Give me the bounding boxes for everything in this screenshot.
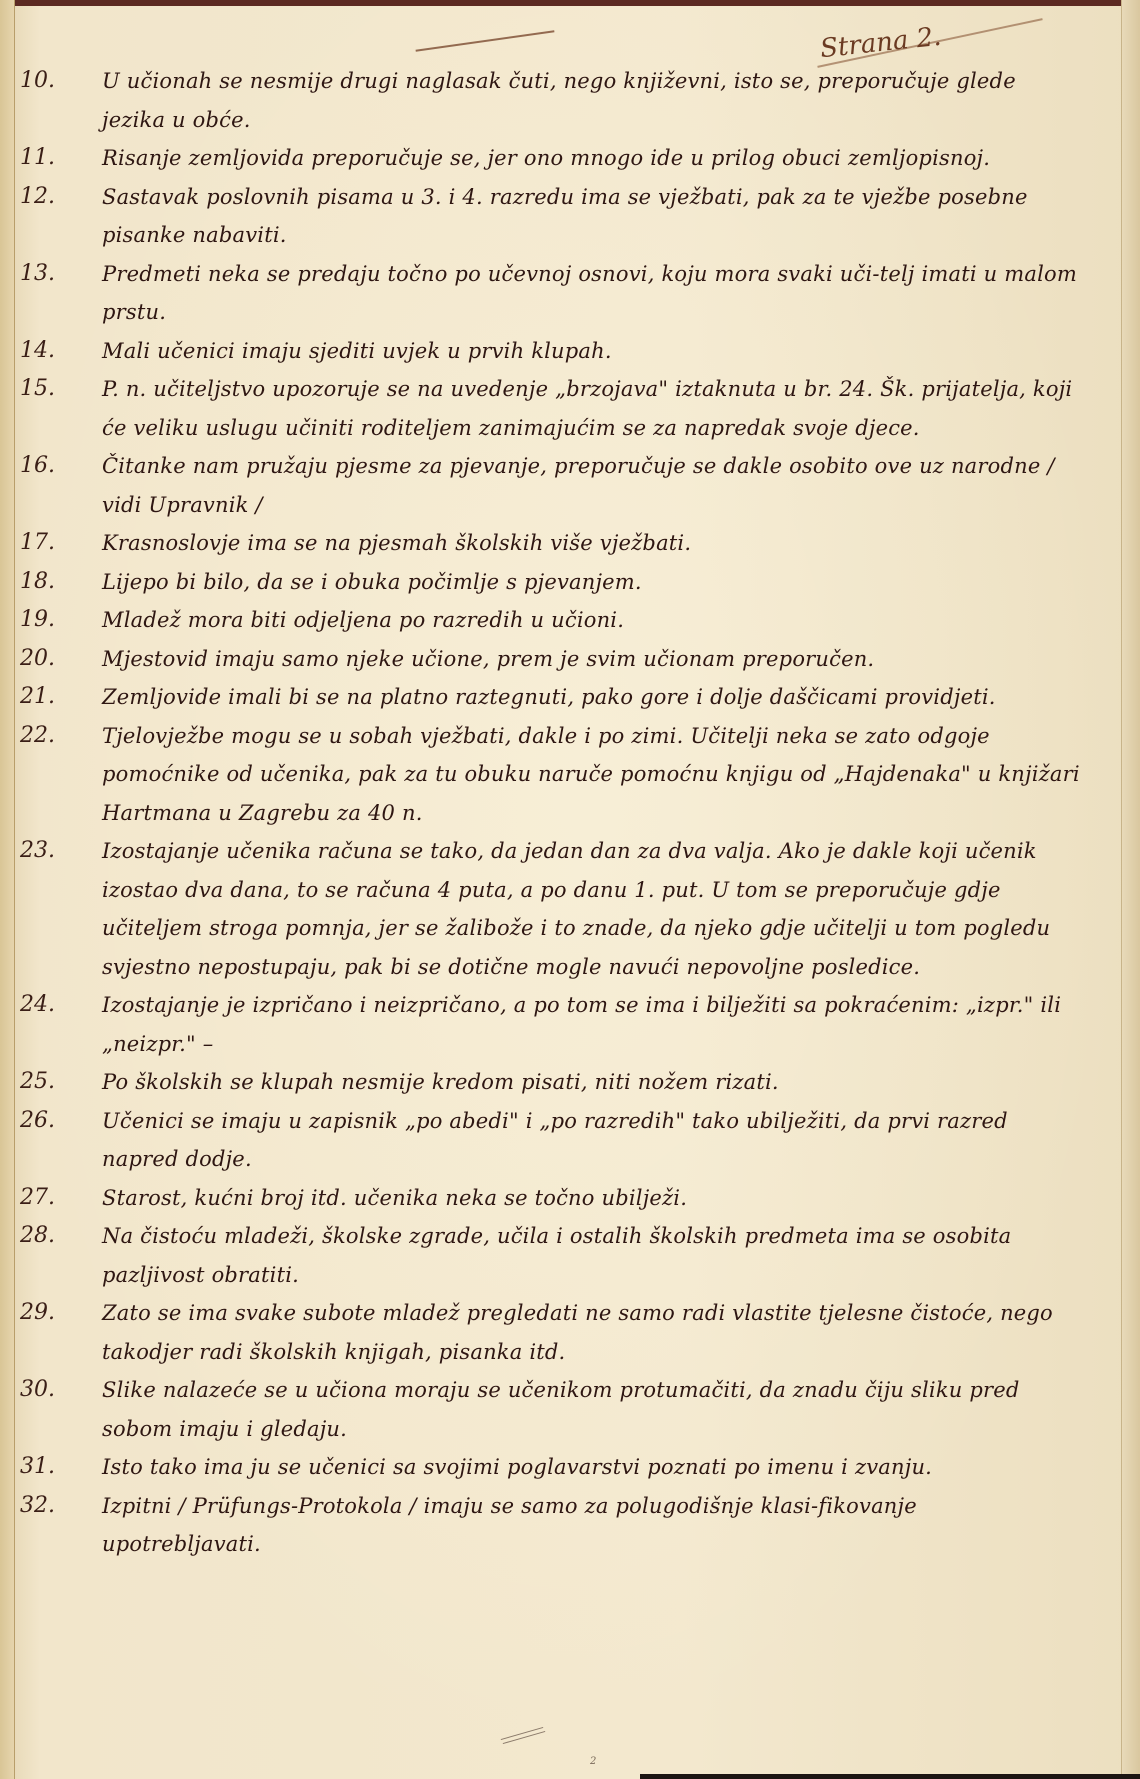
list-item: 27.Starost, kućni broj itd. učenika neka… bbox=[20, 1179, 1080, 1218]
item-number: 25. bbox=[20, 1063, 102, 1101]
list-item: 12.Sastavak poslovnih pisama u 3. i 4. r… bbox=[20, 178, 1080, 255]
book-binding-strip bbox=[0, 0, 15, 1779]
item-text: Zato se ima svake subote mladež pregleda… bbox=[102, 1294, 1080, 1371]
list-item: 18.Lijepo bi bilo, da se i obuka počimlj… bbox=[20, 563, 1080, 602]
item-text: Starost, kućni broj itd. učenika neka se… bbox=[102, 1179, 1080, 1218]
item-number: 23. bbox=[20, 832, 102, 870]
item-number: 10. bbox=[20, 62, 102, 100]
item-text: Isto tako ima ju se učenici sa svojimi p… bbox=[102, 1448, 1080, 1487]
list-item: 10.U učionah se nesmije drugi naglasak č… bbox=[20, 62, 1080, 139]
item-number: 31. bbox=[20, 1448, 102, 1486]
list-item: 13.Predmeti neka se predaju točno po uče… bbox=[20, 255, 1080, 332]
list-item: 19.Mladež mora biti odjeljena po razredi… bbox=[20, 601, 1080, 640]
item-number: 11. bbox=[20, 139, 102, 177]
item-text: Lijepo bi bilo, da se i obuka počimlje s… bbox=[102, 563, 1080, 602]
page-right-edge bbox=[1121, 0, 1140, 1779]
item-number: 19. bbox=[20, 601, 102, 639]
item-text: Sastavak poslovnih pisama u 3. i 4. razr… bbox=[102, 178, 1080, 255]
item-text: Čitanke nam pružaju pjesme za pjevanje, … bbox=[102, 447, 1080, 524]
item-number: 26. bbox=[20, 1102, 102, 1140]
list-item: 21.Zemljovide imali bi se na platno razt… bbox=[20, 678, 1080, 717]
list-item: 30.Slike nalazeće se u učiona moraju se … bbox=[20, 1371, 1080, 1448]
book-top-edge bbox=[0, 0, 1140, 6]
item-text: Krasnoslovje ima se na pjesmah školskih … bbox=[102, 524, 1080, 563]
list-item: 14.Mali učenici imaju sjediti uvjek u pr… bbox=[20, 332, 1080, 371]
list-item: 31.Isto tako ima ju se učenici sa svojim… bbox=[20, 1448, 1080, 1487]
item-number: 13. bbox=[20, 255, 102, 293]
item-text: Predmeti neka se predaju točno po učevno… bbox=[102, 255, 1080, 332]
list-item: 28.Na čistoću mladeži, školske zgrade, u… bbox=[20, 1217, 1080, 1294]
item-text: Mjestovid imaju samo njeke učione, prem … bbox=[102, 640, 1080, 679]
item-number: 18. bbox=[20, 563, 102, 601]
item-text: U učionah se nesmije drugi naglasak čuti… bbox=[102, 62, 1080, 139]
item-text: Po školskih se klupah nesmije kredom pis… bbox=[102, 1063, 1080, 1102]
item-text: Izpitni / Prüfungs-Protokola / imaju se … bbox=[102, 1487, 1080, 1564]
item-text: Slike nalazeće se u učiona moraju se uče… bbox=[102, 1371, 1080, 1448]
item-number: 29. bbox=[20, 1294, 102, 1332]
item-number: 21. bbox=[20, 678, 102, 716]
item-number: 32. bbox=[20, 1487, 102, 1525]
item-number: 20. bbox=[20, 640, 102, 678]
item-number: 27. bbox=[20, 1179, 102, 1217]
manuscript-page: Strana 2. 10.U učionah se nesmije drugi … bbox=[0, 0, 1140, 1779]
item-number: 15. bbox=[20, 370, 102, 408]
item-text: Tjelovježbe mogu se u sobah vježbati, da… bbox=[102, 717, 1080, 833]
book-bottom-edge bbox=[640, 1774, 1140, 1779]
item-text: Učenici se imaju u zapisnik „po abedi" i… bbox=[102, 1102, 1080, 1179]
list-item: 32.Izpitni / Prüfungs-Protokola / imaju … bbox=[20, 1487, 1080, 1564]
list-item: 15.P. n. učiteljstvo upozoruje se na uve… bbox=[20, 370, 1080, 447]
item-text: Mladež mora biti odjeljena po razredih u… bbox=[102, 601, 1080, 640]
list-item: 23.Izostajanje učenika računa se tako, d… bbox=[20, 832, 1080, 986]
item-number: 28. bbox=[20, 1217, 102, 1255]
item-number: 17. bbox=[20, 524, 102, 562]
pen-flourish bbox=[416, 30, 555, 51]
item-number: 22. bbox=[20, 717, 102, 755]
list-item: 26.Učenici se imaju u zapisnik „po abedi… bbox=[20, 1102, 1080, 1179]
item-number: 16. bbox=[20, 447, 102, 485]
item-text: Izostajanje učenika računa se tako, da j… bbox=[102, 832, 1080, 986]
list-item: 29.Zato se ima svake subote mladež pregl… bbox=[20, 1294, 1080, 1371]
list-item: 24.Izostajanje je izpričano i neizpričan… bbox=[20, 986, 1080, 1063]
item-text: Zemljovide imali bi se na platno raztegn… bbox=[102, 678, 1080, 717]
list-item: 20.Mjestovid imaju samo njeke učione, pr… bbox=[20, 640, 1080, 679]
item-number: 14. bbox=[20, 332, 102, 370]
page-number: 2 bbox=[590, 1756, 596, 1767]
list-item: 17.Krasnoslovje ima se na pjesmah školsk… bbox=[20, 524, 1080, 563]
list-item: 22.Tjelovježbe mogu se u sobah vježbati,… bbox=[20, 717, 1080, 833]
page-header: Strana 2. bbox=[819, 22, 943, 65]
item-number: 24. bbox=[20, 986, 102, 1024]
item-text: Izostajanje je izpričano i neizpričano, … bbox=[102, 986, 1080, 1063]
list-item: 25.Po školskih se klupah nesmije kredom … bbox=[20, 1063, 1080, 1102]
list-item: 16.Čitanke nam pružaju pjesme za pjevanj… bbox=[20, 447, 1080, 524]
item-text: P. n. učiteljstvo upozoruje se na uveden… bbox=[102, 370, 1080, 447]
item-number: 12. bbox=[20, 178, 102, 216]
item-text: Risanje zemljovida preporučuje se, jer o… bbox=[102, 139, 1080, 178]
item-number: 30. bbox=[20, 1371, 102, 1409]
item-text: Mali učenici imaju sjediti uvjek u prvih… bbox=[102, 332, 1080, 371]
item-text: Na čistoću mladeži, školske zgrade, učil… bbox=[102, 1217, 1080, 1294]
rules-list: 10.U učionah se nesmije drugi naglasak č… bbox=[20, 62, 1080, 1564]
list-item: 11.Risanje zemljovida preporučuje se, je… bbox=[20, 139, 1080, 178]
